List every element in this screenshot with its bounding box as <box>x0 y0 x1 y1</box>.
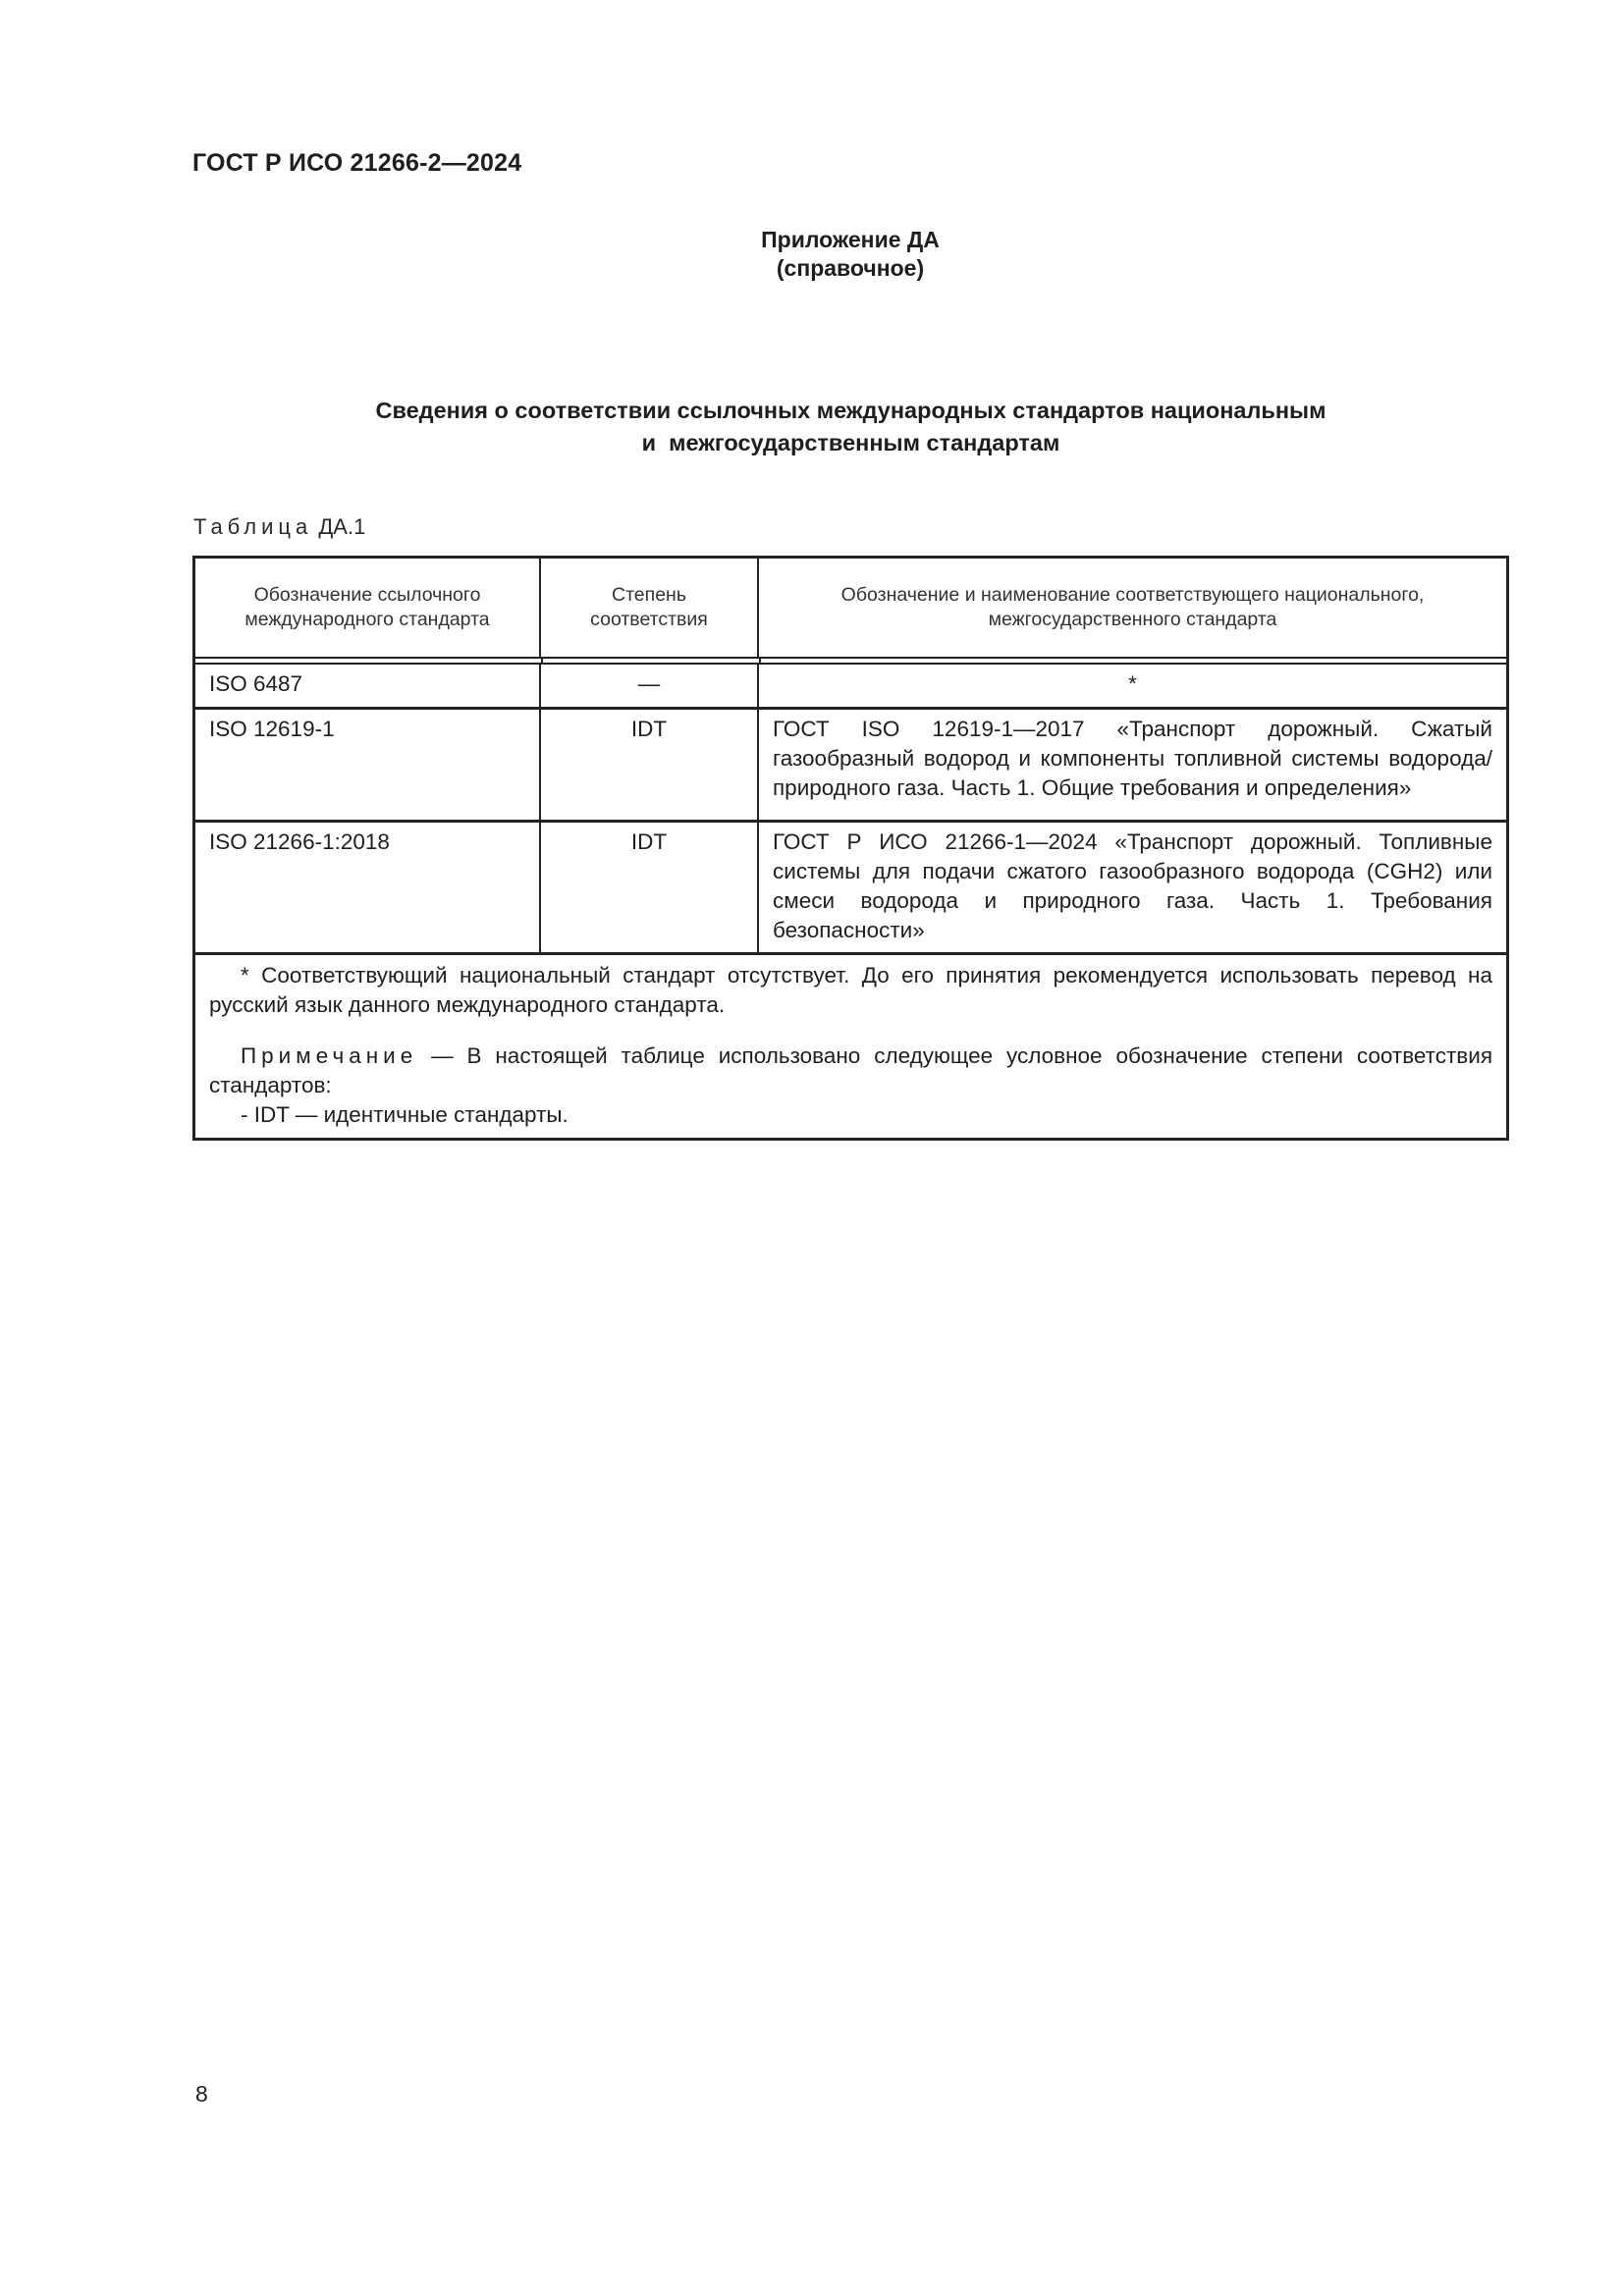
cell-national: * <box>759 665 1506 707</box>
cell-degree: IDT <box>541 710 759 820</box>
table-row: ISO 6487 — * <box>195 665 1506 710</box>
table-caption-id: ДА.1 <box>318 514 365 539</box>
document-code: ГОСТ Р ИСО 21266-2—2024 <box>192 149 521 178</box>
table-notes: * Соответствующий национальный стандарт … <box>195 955 1506 1138</box>
annex-title-line-2: и межгосударственным стандартам <box>192 427 1509 459</box>
cell-reference: ISO 12619-1 <box>195 710 541 820</box>
column-header-reference: Обозначение ссылочного международного ст… <box>195 559 541 657</box>
table-note: Примечание — В настоящей таблице использ… <box>209 1041 1492 1100</box>
cell-reference: ISO 21266-1:2018 <box>195 823 541 952</box>
table-footnote: * Соответствующий национальный стандарт … <box>209 961 1492 1020</box>
cell-degree: IDT <box>541 823 759 952</box>
annex-heading: Приложение ДА (справочное) <box>687 226 1013 283</box>
table-caption: Таблица ДА.1 <box>193 514 365 540</box>
note-label: Примечание <box>241 1043 417 1068</box>
page-number: 8 <box>195 2081 208 2108</box>
annex-type: (справочное) <box>687 254 1013 283</box>
annex-title: Сведения о соответствии ссылочных междун… <box>192 395 1509 459</box>
cell-national: ГОСТ ISO 12619-1—2017 «Транспорт дорожны… <box>759 710 1506 820</box>
cell-reference: ISO 6487 <box>195 665 541 707</box>
annex-label: Приложение ДА <box>687 226 1013 254</box>
table-row: ISO 21266-1:2018 IDT ГОСТ Р ИСО 21266-1—… <box>195 823 1506 955</box>
column-header-national: Обозначение и наименование соответствующ… <box>759 559 1506 657</box>
note-item: - IDT — идентичные стандарты. <box>209 1100 1492 1130</box>
correspondence-table: Обозначение ссылочного международного ст… <box>192 556 1509 1141</box>
table-caption-word: Таблица <box>193 514 312 539</box>
cell-degree: — <box>541 665 759 707</box>
annex-title-line-1: Сведения о соответствии ссылочных междун… <box>192 395 1509 427</box>
cell-national: ГОСТ Р ИСО 21266-1—2024 «Транспорт дорож… <box>759 823 1506 952</box>
table-row: ISO 12619-1 IDT ГОСТ ISO 12619-1—2017 «Т… <box>195 710 1506 823</box>
table-header-row: Обозначение ссылочного международного ст… <box>195 559 1506 659</box>
column-header-degree: Степень соответствия <box>541 559 759 657</box>
